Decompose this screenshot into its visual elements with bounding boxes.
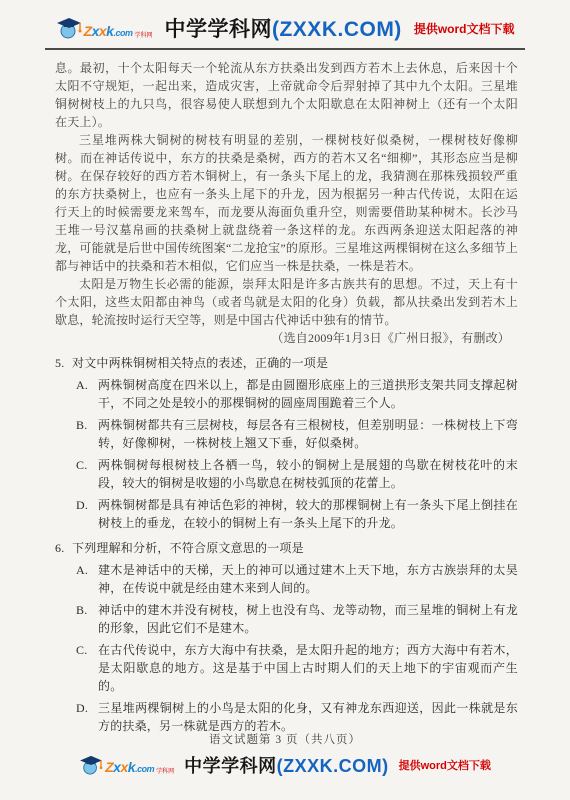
- option-text: 两株铜树都共有三层树枝，每层各有三根树枝，但差别明显：一株树枝上下弯转，好像柳树…: [98, 416, 518, 452]
- site-name: 中学学科网: [164, 18, 272, 41]
- option-text: 神话中的建木并没有树枝，树上也没有鸟、龙等动物，而三星堆的铜树上有龙的形象，因此…: [98, 601, 518, 637]
- site-header: Zxxk.com 学科网 中学学科网(ZXXK.COM) 提供word文档下载: [0, 0, 570, 43]
- site-title: 中学学科网(ZXXK.COM): [164, 13, 401, 43]
- article-paragraph: 太阳是万物生长必需的能源，崇拜太阳是许多古族共有的思想。不过，天上有十个太阳，这…: [55, 275, 518, 329]
- article-paragraph: 息。最初，十个太阳每天一个轮流从东方扶桑出发到西方若木上去休息，后来因十个太阳不…: [55, 59, 518, 131]
- option-6-a: A. 建木是神话中的天梯，天上的神可以通过建木上天下地，东方古族崇拜的太昊神，在…: [55, 561, 518, 597]
- zxxk-logo[interactable]: Zxxk.com 学科网: [79, 755, 174, 775]
- option-5-c: C. 两株铜树每根树枝上各栖一鸟，较小的铜树上是展翅的鸟歇在树枝花叶的末段，较大…: [55, 456, 518, 492]
- option-6-c: C. 在古代传说中，东方大海中有扶桑，是太阳升起的地方；西方大海中有若木，是太阳…: [55, 641, 518, 695]
- question-text: 对文中两株铜树相关特点的表述，正确的一项是: [72, 354, 518, 372]
- site-domain: (ZXXK.COM): [272, 18, 402, 41]
- option-label: A.: [76, 561, 98, 597]
- option-5-a: A. 两株铜树高度在四米以上，都是由圆圈形底座上的三道拱形支架共同支撑起树干，不…: [55, 376, 518, 412]
- site-title: 中学学科网(ZXXK.COM): [184, 752, 389, 778]
- word-download-link[interactable]: 提供word文档下载: [414, 20, 515, 37]
- option-5-b: B. 两株铜树都共有三层树枝，每层各有三根树枝，但差别明显：一株树枝上下弯转，好…: [55, 416, 518, 452]
- document-page: Zxxk.com 学科网 中学学科网(ZXXK.COM) 提供word文档下载 …: [0, 0, 570, 800]
- question-stem: 5. 对文中两株铜树相关特点的表述，正确的一项是: [55, 354, 518, 372]
- option-6-b: B. 神话中的建木并没有树枝，树上也没有鸟、龙等动物，而三星堆的铜树上有龙的形象…: [55, 601, 518, 637]
- option-5-d: D. 两株铜树都是具有神话色彩的神树，较大的那棵铜树上有一条头下尾上倒挂在树枝上…: [55, 496, 518, 532]
- logo-wordmark: Zxxk.com: [84, 25, 133, 39]
- question-stem: 6. 下列理解和分析，不符合原文意思的一项是: [55, 539, 518, 557]
- option-text: 两株铜树都是具有神话色彩的神树，较大的那棵铜树上有一条头下尾上倒挂在树枝上的垂龙…: [98, 496, 518, 532]
- zxxk-logo[interactable]: Zxxk.com 学科网: [56, 17, 153, 39]
- page-body: 息。最初，十个太阳每天一个轮流从东方扶桑出发到西方若木上去休息，后来因十个太阳不…: [55, 59, 518, 735]
- option-text: 建木是神话中的天梯，天上的神可以通过建木上天下地，东方古族崇拜的太昊神，在传说中…: [98, 561, 518, 597]
- footer-logo-row: Zxxk.com 学科网 中学学科网(ZXXK.COM) 提供word文档下载: [0, 752, 570, 778]
- option-label: B.: [76, 601, 98, 637]
- option-label: C.: [76, 456, 98, 492]
- header-divider: [45, 48, 525, 50]
- option-text: 在古代传说中，东方大海中有扶桑，是太阳升起的地方；西方大海中有若木，是太阳歇息的…: [98, 641, 518, 695]
- site-name: 中学学科网: [184, 756, 277, 776]
- site-domain: (ZXXK.COM): [277, 756, 389, 776]
- logo-tiny-label: 学科网: [156, 769, 174, 775]
- article-source: （选自2009年1月3日《广州日报》，有删改）: [55, 329, 518, 347]
- option-label: D.: [76, 496, 98, 532]
- page-footer: 语文试题第 3 页（共八页） Zxxk.com 学科网 中学学科网(ZXXK.C…: [0, 731, 570, 778]
- question-text: 下列理解和分析，不符合原文意思的一项是: [72, 539, 518, 557]
- question-6: 6. 下列理解和分析，不符合原文意思的一项是 A. 建木是神话中的天梯，天上的神…: [55, 539, 518, 735]
- graduate-cap-icon: [56, 17, 82, 39]
- question-number: 5.: [55, 354, 72, 372]
- logo-tiny-label: 学科网: [134, 33, 152, 39]
- option-label: B.: [76, 416, 98, 452]
- article-paragraph: 三星堆两株大铜树的树枝有明显的差别，一棵树枝好似桑树，一棵树枝好像柳树。而在神话…: [55, 131, 518, 275]
- logo-wordmark: Zxxk.com: [105, 761, 154, 775]
- option-label: C.: [76, 641, 98, 695]
- option-label: D.: [76, 699, 98, 735]
- graduate-cap-icon: [79, 755, 103, 775]
- article: 息。最初，十个太阳每天一个轮流从东方扶桑出发到西方若木上去休息，后来因十个太阳不…: [55, 59, 518, 347]
- option-text: 三星堆两棵铜树上的小鸟是太阳的化身，又有神龙东西迎送，因此一株就是东方的扶桑，另…: [98, 699, 518, 735]
- word-download-link[interactable]: 提供word文档下载: [399, 757, 491, 773]
- option-label: A.: [76, 376, 98, 412]
- question-number: 6.: [55, 539, 72, 557]
- page-number-info: 语文试题第 3 页（共八页）: [0, 731, 570, 747]
- question-5: 5. 对文中两株铜树相关特点的表述，正确的一项是 A. 两株铜树高度在四米以上，…: [55, 354, 518, 532]
- option-text: 两株铜树高度在四米以上，都是由圆圈形底座上的三道拱形支架共同支撑起树干，不同之处…: [98, 376, 518, 412]
- option-text: 两株铜树每根树枝上各栖一鸟，较小的铜树上是展翅的鸟歇在树枝花叶的末段，较大的铜树…: [98, 456, 518, 492]
- option-6-d: D. 三星堆两棵铜树上的小鸟是太阳的化身，又有神龙东西迎送，因此一株就是东方的扶…: [55, 699, 518, 735]
